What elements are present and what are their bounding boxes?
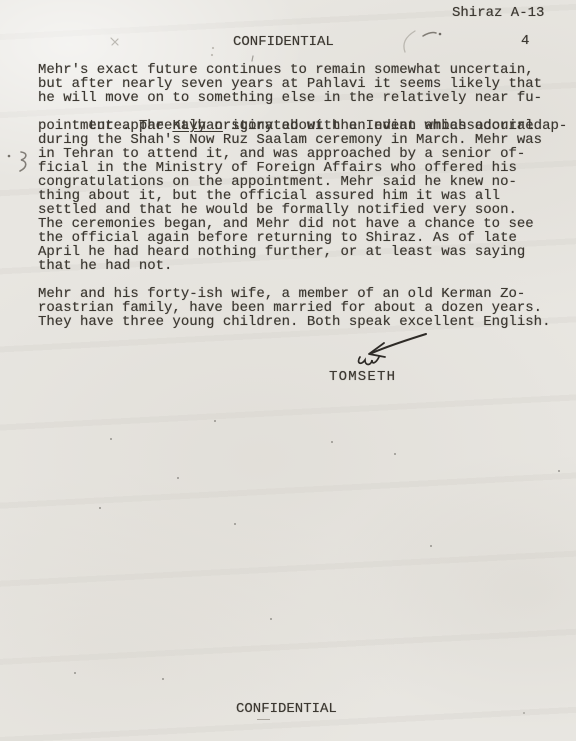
body-line: that he had not. (38, 259, 567, 273)
paper-speck (99, 507, 101, 509)
paper-speck (270, 618, 272, 620)
classification-header: CONFIDENTIAL (233, 35, 334, 49)
body-line: in Tehran to attend it, and was approach… (38, 147, 567, 161)
body-line: ficial in the Ministry of Foreign Affair… (38, 161, 567, 175)
body-line: during the Shah's Now Ruz Saalam ceremon… (38, 133, 567, 147)
body-line: The ceremonies began, and Mehr did not h… (38, 217, 567, 231)
paper-speck (394, 453, 396, 455)
body-line: the official again before returning to S… (38, 231, 567, 245)
paper-speck (331, 441, 333, 443)
paper-speck (162, 678, 164, 680)
body-line: he will move on to something else in the… (38, 91, 567, 105)
paragraph-gap (38, 273, 567, 287)
handwritten-margin-squiggle-icon (5, 146, 33, 176)
body-line: Mehr and his forty-ish wife, a member of… (38, 287, 567, 301)
body-line: pointment apparently originated with an … (38, 119, 567, 133)
pencil-colon-mark-icon (209, 45, 217, 59)
footer-smudge-mark (257, 719, 270, 720)
body-line: Mehr's exact future continues to remain … (38, 63, 567, 77)
handwritten-initials-scribble-icon (348, 326, 430, 372)
paper-speck (523, 712, 525, 714)
doc-reference: Shiraz A-13 (452, 6, 544, 20)
pencil-curve-icon (397, 28, 421, 54)
body-line: but after nearly seven years at Pahlavi … (38, 77, 567, 91)
page-number: 4 (521, 34, 529, 48)
body-line: ture. The Kayhan story about the Indian … (38, 105, 567, 119)
paper-speck (558, 470, 560, 472)
body-line: congratulations on the appointment. Mehr… (38, 175, 567, 189)
paper-speck (177, 477, 179, 479)
pencil-x-mark-icon (109, 35, 123, 48)
paper-speck (430, 545, 432, 547)
body-line: They have three young children. Both spe… (38, 315, 567, 329)
paper-speck (110, 438, 112, 440)
pencil-dash-dot-icon (422, 30, 444, 40)
classification-footer: CONFIDENTIAL (236, 702, 337, 716)
paper-speck (214, 420, 216, 422)
document-page: Shiraz A-13 CONFIDENTIAL 4 Mehr's exact … (0, 0, 576, 741)
body-line: thing about it, but the official assured… (38, 189, 567, 203)
paper-speck (74, 672, 76, 674)
signature-name: TOMSETH (329, 370, 396, 384)
paper-speck (234, 523, 236, 525)
body-line: roastrian family, have been married for … (38, 301, 567, 315)
body-line: settled and that he would be formally no… (38, 203, 567, 217)
body-line: April he had heard nothing further, or a… (38, 245, 567, 259)
body-text: Mehr's exact future continues to remain … (38, 63, 567, 329)
